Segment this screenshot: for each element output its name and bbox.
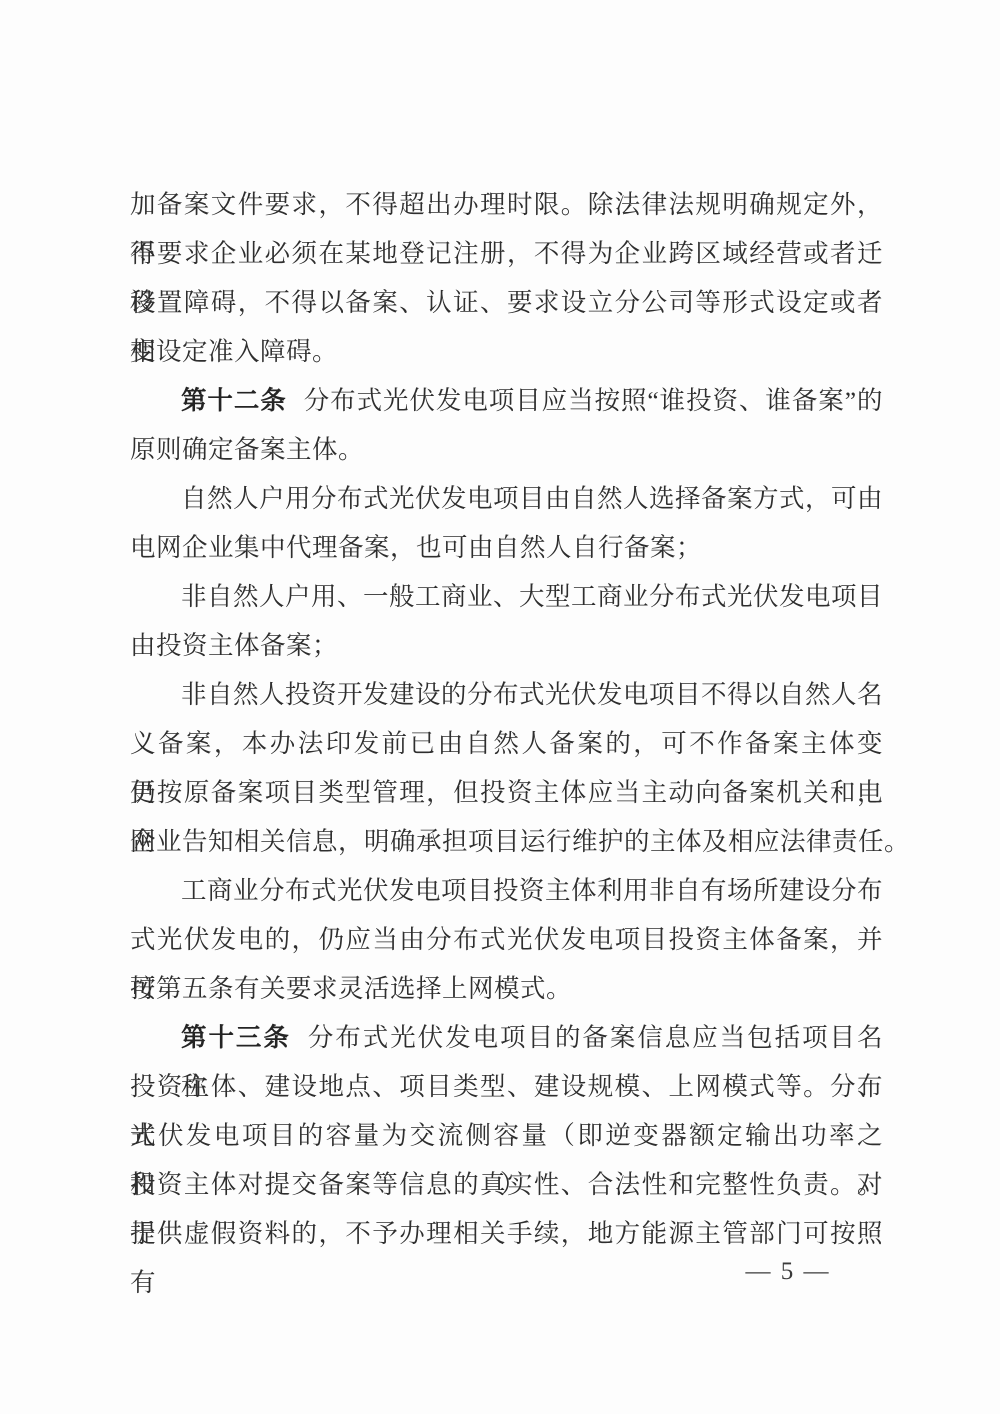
article-number-label: 第十三条 (181, 1023, 291, 1052)
text-line: 设置障碍，不得以备案、认证、要求设立分公司等形式设定或者变 (130, 278, 883, 327)
article-number-label: 第十二条 (181, 386, 287, 415)
text-line: 投资主体、建设地点、项目类型、建设规模、上网模式等。分布式 (130, 1062, 883, 1111)
text-line: 工商业分布式光伏发电项目投资主体利用非自有场所建设分布 (130, 866, 883, 915)
line-text: 按第五条有关要求灵活选择上网模式。 (130, 974, 572, 1003)
text-line: 由投资主体备案； (130, 621, 883, 670)
line-text: 由投资主体备案； (130, 631, 338, 660)
text-line: 提供虚假资料的，不予办理相关手续，地方能源主管部门可按照有 (130, 1209, 883, 1258)
line-text: 非自然人户用、一般工商业、大型工商业分布式光伏发电项目 (181, 582, 883, 611)
text-line: 式光伏发电的，仍应当由分布式光伏发电项目投资主体备案，并可 (130, 915, 883, 964)
line-text: 电网企业集中代理备案，也可由自然人自行备案； (130, 533, 702, 562)
text-line: 按第五条有关要求灵活选择上网模式。 (130, 964, 883, 1013)
line-text: 自然人户用分布式光伏发电项目由自然人选择备案方式，可由 (181, 484, 883, 513)
line-text: 分布式光伏发电项目应当按照“谁投资、谁备案”的 (304, 386, 883, 415)
text-line: 自然人户用分布式光伏发电项目由自然人选择备案方式，可由 (130, 474, 883, 523)
line-text: 相设定准入障碍。 (130, 337, 338, 366)
text-line: 光伏发电项目的容量为交流侧容量（即逆变器额定输出功率之和）。 (130, 1111, 883, 1160)
document-page: 加备案文件要求，不得超出办理时限。除法律法规明确规定外，不得要求企业必须在某地登… (0, 0, 1000, 1414)
text-line: 加备案文件要求，不得超出办理时限。除法律法规明确规定外，不 (130, 180, 883, 229)
text-line: 相设定准入障碍。 (130, 327, 883, 376)
text-line: 第十三条分布式光伏发电项目的备案信息应当包括项目名称、 (130, 1013, 883, 1062)
text-line: 投资主体对提交备案等信息的真实性、合法性和完整性负责。对于 (130, 1160, 883, 1209)
line-text: 原则确定备案主体。 (130, 435, 364, 464)
text-line: 非自然人投资开发建设的分布式光伏发电项目不得以自然人名 (130, 670, 883, 719)
text-line: 仍按原备案项目类型管理，但投资主体应当主动向备案机关和电网 (130, 768, 883, 817)
text-line: 得要求企业必须在某地登记注册，不得为企业跨区域经营或者迁移 (130, 229, 883, 278)
line-text: 工商业分布式光伏发电项目投资主体利用非自有场所建设分布 (181, 876, 883, 905)
page-number: — 5 — (733, 1258, 843, 1286)
document-lines: 加备案文件要求，不得超出办理时限。除法律法规明确规定外，不得要求企业必须在某地登… (130, 180, 883, 1258)
text-line: 企业告知相关信息，明确承担项目运行维护的主体及相应法律责任。 (130, 817, 883, 866)
line-text: 非自然人投资开发建设的分布式光伏发电项目不得以自然人名 (181, 680, 883, 709)
text-line: 义备案，本办法印发前已由自然人备案的，可不作备案主体变更， (130, 719, 883, 768)
text-line: 电网企业集中代理备案，也可由自然人自行备案； (130, 523, 883, 572)
text-line: 原则确定备案主体。 (130, 425, 883, 474)
text-line: 第十二条分布式光伏发电项目应当按照“谁投资、谁备案”的 (130, 376, 883, 425)
text-line: 非自然人户用、一般工商业、大型工商业分布式光伏发电项目 (130, 572, 883, 621)
line-text: 企业告知相关信息，明确承担项目运行维护的主体及相应法律责任。 (130, 827, 910, 856)
